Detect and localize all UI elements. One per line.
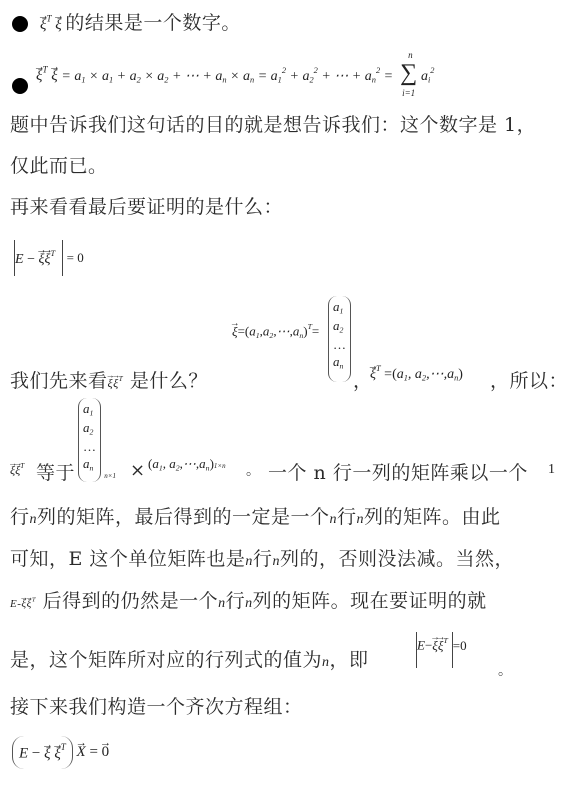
para-2-line-1: 再来看看最后要证明的是什么： bbox=[10, 192, 283, 219]
bullet-icon bbox=[12, 78, 28, 94]
one: 1 bbox=[548, 462, 555, 478]
xi-t-xi-formula: ξT ξ bbox=[40, 17, 65, 33]
period-end: 。 bbox=[498, 660, 513, 680]
para-4-text: 一个 n 行一列的矩阵乘以一个 bbox=[268, 458, 528, 485]
para-3-suffix: ，所以： bbox=[490, 366, 568, 393]
bullet-icon bbox=[12, 16, 28, 32]
equals-text: 等于 bbox=[36, 458, 75, 485]
times-symbol: × bbox=[130, 460, 145, 481]
bullet-2-formula: ξT ξ = a1 × a1 + a2 × a2 + ⋯ + an × an =… bbox=[36, 60, 434, 87]
xi-definition: ξ=(a1,a2,⋯,an)T= bbox=[232, 322, 319, 340]
para-5-line-4: 是，这个矩阵所对应的行列式的值为n，即 bbox=[10, 645, 369, 672]
para-5-line-1: 行n列的矩阵，最后得到的一定是一个n行n列的矩阵。由此 bbox=[10, 502, 501, 529]
bullet-1-text: 的结果是一个数字。 bbox=[65, 12, 241, 34]
period: 。 bbox=[246, 460, 261, 480]
column-vector: a1 a2 … an n×1 bbox=[78, 398, 116, 482]
para-5-line-3: E-ξξT 后得到的仍然是一个n行n列的矩阵。现在要证明的就 bbox=[10, 586, 487, 613]
summation-symbol: ∑ni=1 bbox=[400, 60, 417, 87]
para-1-line-1: 题中告诉我们这句话的目的就是想告诉我们：这个数字是 1， bbox=[10, 110, 536, 137]
para-1-line-2: 仅此而已。 bbox=[10, 151, 108, 178]
determinant-formula: E − ξξT = 0 bbox=[14, 240, 84, 276]
para-6-line-1: 接下来我们构造一个齐次方程组： bbox=[10, 692, 303, 719]
bullet-1: ξT ξ 的结果是一个数字。 bbox=[40, 8, 241, 35]
xi-transpose-def: ξT =(a1, a2,⋯,an) bbox=[370, 364, 463, 383]
para-5-line-2: 可知，E 这个单位矩阵也是n行n列的，否则没法减。当然， bbox=[10, 544, 514, 571]
xi-xi-t: ξξT bbox=[10, 462, 24, 478]
homogeneous-equation: E − ξ ξT X = 0 bbox=[12, 736, 109, 769]
row-vector: (a1, a2,⋯,an)1×n bbox=[148, 456, 226, 472]
xi-column-vector: a1 a2 … an bbox=[328, 296, 351, 382]
para-3-prefix: 我们先来看ξξT 是什么？ bbox=[10, 366, 208, 393]
determinant-inline: E−ξξT=0 bbox=[416, 632, 467, 668]
